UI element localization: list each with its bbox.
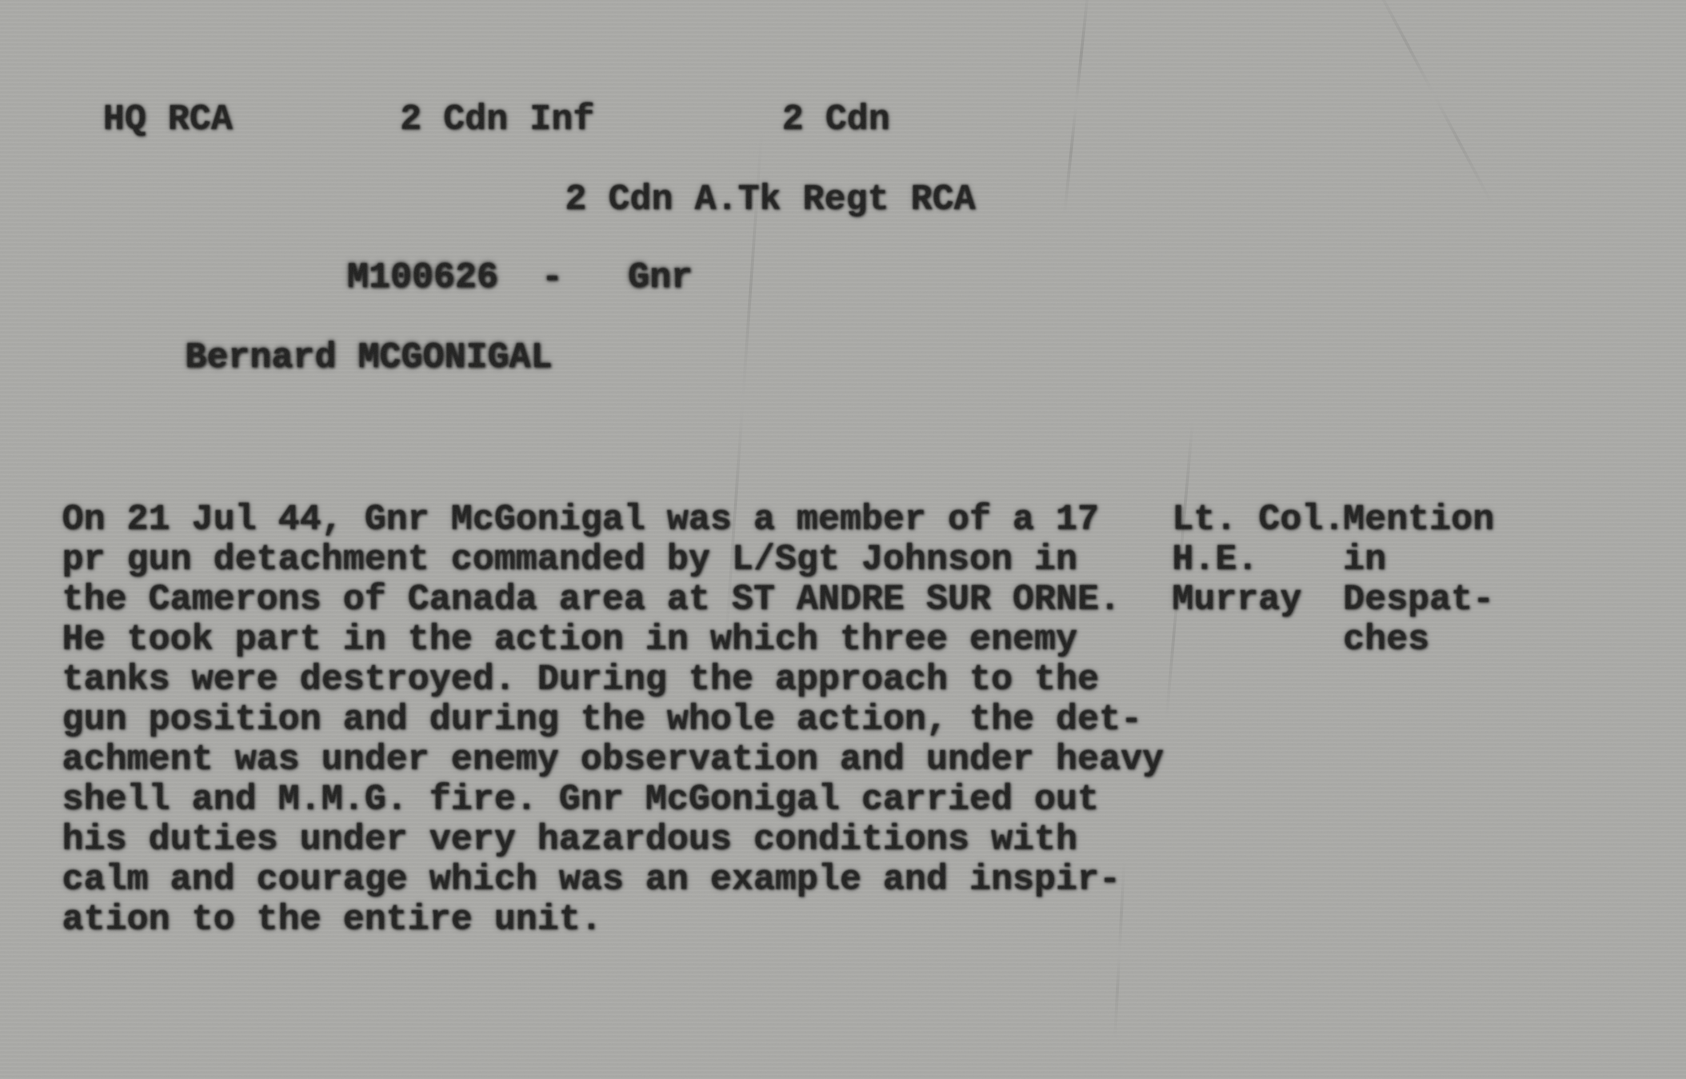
header-div-unit: 2 Cdn <box>782 100 890 140</box>
header-hq-unit: HQ RCA <box>103 100 233 140</box>
scanned-document-page: HQ RCA 2 Cdn Inf 2 Cdn 2 Cdn A.Tk Regt R… <box>0 0 1686 1079</box>
soldier-name: Bernard MCGONIGAL <box>185 338 552 378</box>
paper-crease <box>1063 0 1090 215</box>
recommending-officer: Lt. Col. H.E. Murray <box>1172 500 1345 620</box>
citation-text: On 21 Jul 44, Gnr McGonigal was a member… <box>62 500 1164 940</box>
paper-crease <box>1369 0 1494 205</box>
header-inf-unit: 2 Cdn Inf <box>400 100 594 140</box>
service-number-line: M100626 - Gnr <box>347 258 693 298</box>
regiment-line: 2 Cdn A.Tk Regt RCA <box>565 180 975 220</box>
award-text: Mention in Despat- ches <box>1343 500 1494 660</box>
